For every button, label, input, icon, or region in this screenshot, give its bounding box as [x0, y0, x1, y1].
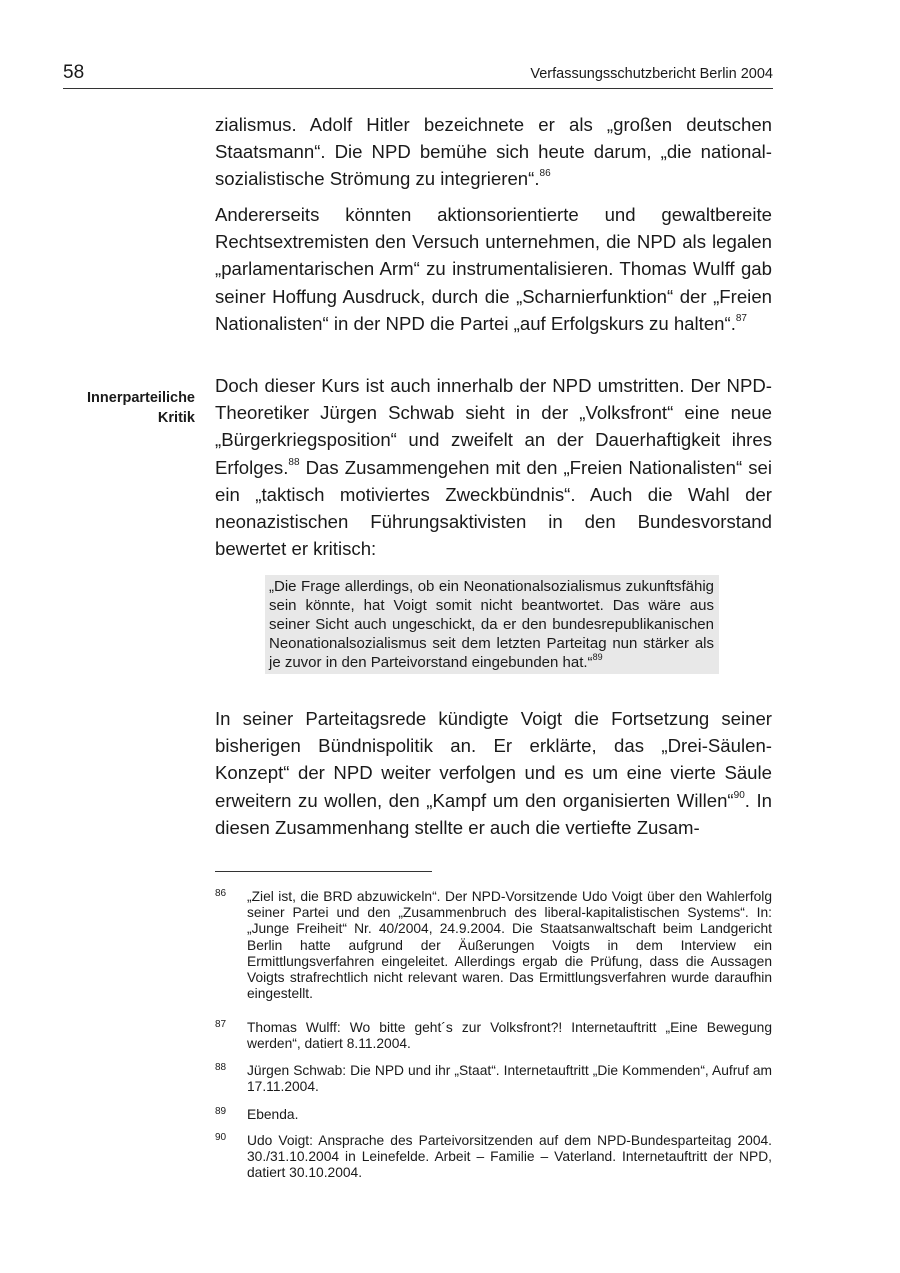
running-title: Verfassungsschutzbericht Berlin 2004 [530, 66, 773, 82]
block-quote: „Die Frage allerdings, ob ein Neonationa… [265, 575, 719, 674]
footnote-86: 86 „Ziel ist, die BRD abzuwickeln“. Der … [215, 889, 772, 1002]
footnote-text: Thomas Wulff: Wo bitte geht´s zur Volksf… [247, 1020, 772, 1052]
paragraph-1: zialismus. Adolf Hitler bezeichnete er a… [215, 111, 772, 193]
paragraph-text: Andererseits könnten aktionsorientierte … [215, 204, 772, 334]
paragraph-text: zialismus. Adolf Hitler bezeichnete er a… [215, 114, 772, 189]
page-header: 58 Verfassungsschutzbericht Berlin 2004 [63, 62, 773, 89]
margin-note-line-2: Kritik [158, 410, 195, 426]
footnote-number: 88 [215, 1062, 226, 1073]
footnote-89: 89 Ebenda. [215, 1107, 772, 1123]
paragraph-text: In seiner Parteitagsrede kündigte Voigt … [215, 708, 772, 811]
footnote-text: Jürgen Schwab: Die NPD und ihr „Staat“. … [247, 1063, 772, 1095]
paragraph-2: Andererseits könnten aktionsorientierte … [215, 201, 772, 337]
footnote-ref-89[interactable]: 89 [593, 652, 603, 662]
page-number: 58 [63, 62, 84, 84]
footnote-text: Udo Voigt: Ansprache des Parteivorsitzen… [247, 1133, 772, 1182]
footnote-ref-88[interactable]: 88 [288, 457, 299, 468]
footnote-number: 89 [215, 1106, 226, 1117]
margin-note-line-1: Innerparteiliche [87, 390, 195, 406]
paragraph-text-continued: Das Zusammengehen mit den „Freien Natio­… [215, 457, 772, 560]
paragraph-3: Doch dieser Kurs ist auch innerhalb der … [215, 372, 772, 562]
paragraph-4: In seiner Parteitagsrede kündigte Voigt … [215, 705, 772, 841]
footnote-number: 90 [215, 1132, 226, 1143]
footnote-ref-86[interactable]: 86 [540, 168, 551, 179]
footnote-number: 86 [215, 888, 226, 899]
footnote-87: 87 Thomas Wulff: Wo bitte geht´s zur Vol… [215, 1020, 772, 1052]
footnote-number: 87 [215, 1019, 226, 1030]
footnote-ref-87[interactable]: 87 [736, 313, 747, 324]
footnote-90: 90 Udo Voigt: Ansprache des Parteivorsit… [215, 1133, 772, 1182]
footnote-88: 88 Jürgen Schwab: Die NPD und ihr „Staat… [215, 1063, 772, 1095]
footnote-ref-90[interactable]: 90 [734, 790, 745, 801]
quote-text: „Die Frage allerdings, ob ein Neonationa… [269, 578, 714, 671]
footnote-text: Ebenda. [247, 1107, 772, 1123]
footnote-separator [215, 871, 432, 872]
margin-note: InnerparteilicheKritik [40, 389, 195, 428]
footnote-text: „Ziel ist, die BRD abzuwickeln“. Der NPD… [247, 889, 772, 1002]
